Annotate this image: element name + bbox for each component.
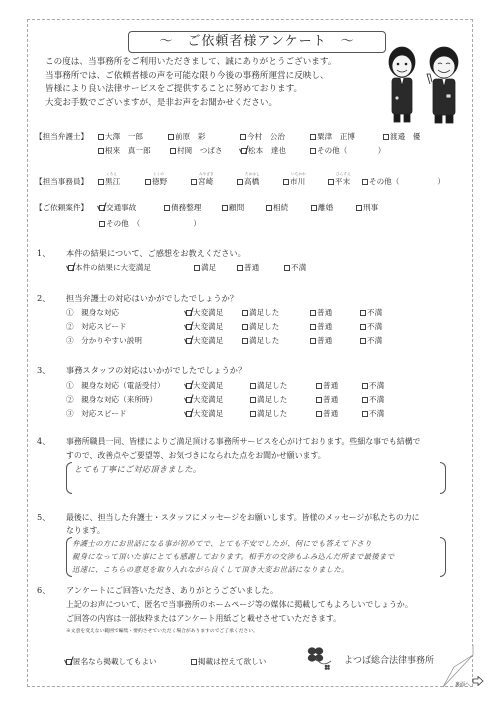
option-label: 普通 — [323, 409, 338, 418]
option-label: 今村 公治 — [247, 132, 285, 141]
checkbox[interactable] — [283, 179, 289, 185]
firm-name: よつば総合法律事務所 — [344, 653, 434, 666]
checkbox[interactable] — [168, 134, 174, 140]
staff-option[interactable]: いちかわ市川 — [283, 176, 305, 187]
checkbox[interactable] — [237, 265, 243, 271]
lawyer-option[interactable]: 村岡 つばさ — [170, 145, 223, 156]
option-label: 満足した — [257, 381, 287, 390]
option-label: 村岡 つばさ — [177, 146, 223, 155]
q6-note: ※文意を変えない範囲で編集・要約させていただく場合がありますのでご了承ください。 — [66, 627, 258, 634]
option-label: 高橋 — [244, 177, 259, 186]
option-label: 普通 — [317, 322, 332, 331]
option-label: 大変満足 — [193, 381, 223, 390]
option-label: 普通 — [317, 308, 332, 317]
answer-bracket-right — [440, 537, 446, 577]
staff-option[interactable]: とくの徳野 — [145, 176, 167, 187]
clover-icon — [304, 645, 336, 671]
q3-option[interactable]: 不満 — [362, 394, 384, 405]
option-label: 普通 — [323, 395, 338, 404]
q1-option[interactable]: 不満 — [284, 262, 306, 273]
q3-row-label: ③ 対応スピード — [66, 408, 126, 419]
checkbox[interactable] — [242, 324, 248, 330]
q3-option[interactable]: 大変満足 — [186, 408, 223, 419]
option-label: 満足した — [249, 322, 279, 331]
checkbox[interactable] — [362, 397, 368, 403]
q3-row-label: ② 親身な対応（来所時） — [66, 394, 157, 405]
q2-option[interactable]: 普通 — [310, 321, 332, 332]
q5-text-line1: 最後に、担当した弁護士・スタッフにメッセージをお願いします。皆様のメッセージが私… — [66, 512, 420, 523]
staff-option[interactable]: ひらすえ平末 — [328, 176, 350, 187]
checkbox[interactable] — [284, 265, 290, 271]
page-title: ～ ご依頼者様アンケート ～ — [128, 31, 386, 53]
staff-option[interactable]: その他（ ） — [362, 176, 445, 187]
answer-bracket-right — [440, 462, 446, 494]
q4-text-line1: 事務所職員一同、皆様によりご満足頂ける事務所サービスを心がけております。些細な事… — [66, 436, 420, 447]
checkbox-checked[interactable] — [186, 411, 192, 417]
q1-number: 1、 — [37, 248, 50, 259]
furigana: くろえ — [106, 172, 117, 177]
q4-text-line2: すので、改善点やご要望等、お気づきになられた点をお聞かせ願います。 — [66, 450, 326, 461]
option-label: 不満 — [367, 336, 382, 345]
checkbox[interactable] — [145, 179, 151, 185]
q2-option[interactable]: 大変満足 — [186, 335, 223, 346]
lawyer-option[interactable]: 渡邉 優 — [383, 131, 420, 142]
checkbox[interactable] — [360, 310, 366, 316]
option-label: 顧問 — [229, 203, 244, 212]
checkbox[interactable] — [328, 179, 334, 185]
checkbox[interactable] — [98, 148, 104, 154]
q2-option[interactable]: 満足した — [242, 321, 279, 332]
option-label: 満足 — [201, 263, 216, 272]
lawyer-option[interactable]: 今村 公治 — [240, 131, 285, 142]
intro-line: 皆様により良い法律サービスをご提供することに努めております。 — [45, 83, 336, 97]
q2-text: 担当弁護士の対応はいかがでしたでしょうか？ — [66, 293, 238, 304]
lawyer-option[interactable]: 大澤 一郎 — [98, 131, 143, 142]
lawyer-option[interactable]: 松本 達也 — [241, 145, 286, 156]
lawyer-option[interactable]: その他（ ） — [310, 145, 385, 156]
case-option[interactable]: 債務整理 — [164, 202, 201, 213]
checkbox[interactable] — [362, 179, 368, 185]
option-label: その他（ ） — [369, 177, 445, 186]
q2-option[interactable]: 普通 — [310, 307, 332, 318]
checkbox-checked[interactable] — [186, 383, 192, 389]
q2-option[interactable]: 不満 — [360, 335, 382, 346]
case-option[interactable]: 刑事 — [356, 202, 378, 213]
option-label: 前原 彩 — [175, 132, 205, 141]
furigana: ひらすえ — [336, 172, 351, 177]
option-label: 大変満足 — [193, 322, 223, 331]
q1-option[interactable]: 普通 — [237, 262, 259, 273]
q2-row-label: ① 親身な対応 — [66, 307, 119, 318]
case-option[interactable]: 離婚 — [311, 202, 333, 213]
q3-option[interactable]: 満足した — [250, 408, 287, 419]
lawyer-option[interactable]: 粟津 正博 — [310, 131, 355, 142]
option-label: 平末 — [335, 177, 350, 186]
q6-option[interactable]: 掲載は控えて欲しい — [191, 656, 266, 667]
q2-row-label: ③ 分かりやすい説明 — [66, 335, 142, 346]
checkbox[interactable] — [360, 338, 366, 344]
case-section-label: 【ご依頼案件】 — [35, 202, 88, 213]
option-label: 大変満足 — [193, 336, 223, 345]
q3-row-label: ① 親身な対応（電話受付） — [66, 380, 165, 391]
checkbox[interactable] — [242, 338, 248, 344]
q2-option[interactable]: 普通 — [310, 335, 332, 346]
option-label: 大変満足 — [193, 409, 223, 418]
q3-number: 3、 — [37, 365, 50, 376]
q6-option[interactable]: 匿名なら掲載してもよい — [66, 656, 157, 667]
checkbox[interactable] — [240, 134, 246, 140]
q1-option[interactable]: 満足 — [194, 262, 216, 273]
checkbox[interactable] — [222, 205, 228, 211]
option-label: 渡邉 優 — [390, 132, 420, 141]
q3-option[interactable]: 普通 — [316, 394, 338, 405]
q6-line1: アンケートにご回答いただき、ありがとうございました。 — [66, 585, 278, 596]
option-label: 普通 — [244, 263, 259, 272]
q4-number: 4、 — [37, 436, 50, 447]
q6-line2: 上記のお声について、匿名で当事務所のホームページ等の媒体に掲載してもよろしいでし… — [66, 599, 413, 610]
furigana: とくの — [153, 172, 164, 177]
q6-number: 6、 — [37, 585, 50, 596]
q3-text: 事務スタッフの対応はいかがでしたでしょうか？ — [66, 365, 246, 376]
checkbox[interactable] — [98, 134, 104, 140]
furigana: いちかわ — [291, 172, 306, 177]
option-label: 相続 — [273, 203, 288, 212]
arrow-right-icon[interactable] — [472, 676, 484, 686]
q2-option[interactable]: 満足した — [242, 335, 279, 346]
option-label: 大澤 一郎 — [105, 132, 143, 141]
checkbox[interactable] — [310, 310, 316, 316]
checkbox[interactable] — [316, 383, 322, 389]
option-label: 刑事 — [363, 203, 378, 212]
q2-option[interactable]: 満足した — [242, 307, 279, 318]
option-label: 松本 達也 — [248, 146, 286, 155]
case-option[interactable]: 交通事故 — [99, 202, 136, 213]
q1-option[interactable]: 本件の結果に大変満足 — [68, 262, 151, 273]
checkbox-checked[interactable] — [68, 265, 74, 271]
q2-option[interactable]: 不満 — [360, 321, 382, 332]
option-label: 粟津 正博 — [317, 132, 355, 141]
next-page-label[interactable]: 裏面へ — [455, 681, 470, 688]
checkbox[interactable] — [250, 411, 256, 417]
checkbox[interactable] — [383, 134, 389, 140]
q5-text-line2: なります。 — [66, 525, 105, 536]
q3-option[interactable]: 満足した — [250, 394, 287, 405]
checkbox[interactable] — [316, 397, 322, 403]
option-label: 満足した — [257, 409, 287, 418]
checkbox-checked[interactable] — [186, 310, 192, 316]
option-label: 満足した — [249, 336, 279, 345]
checkbox[interactable] — [164, 205, 170, 211]
q2-number: 2、 — [37, 293, 50, 304]
checkbox[interactable] — [250, 383, 256, 389]
lawyer-option[interactable]: 前原 彩 — [168, 131, 205, 142]
lawyer-option[interactable]: 根來 真一郎 — [98, 145, 151, 156]
checkbox[interactable] — [310, 134, 316, 140]
checkbox-checked[interactable] — [186, 324, 192, 330]
answer-line: 親身になって頂いた事にとても感謝しております。相手方の交渉もふみ込んだ所まで最後… — [72, 550, 394, 563]
q2-option[interactable]: 大変満足 — [186, 321, 223, 332]
staff-option[interactable]: くろえ黒江 — [98, 176, 120, 187]
checkbox[interactable] — [194, 265, 200, 271]
checkbox[interactable] — [310, 148, 316, 154]
q2-option[interactable]: 不満 — [360, 307, 382, 318]
option-label: 宮崎 — [198, 177, 213, 186]
checkbox[interactable] — [99, 221, 105, 227]
checkbox[interactable] — [98, 179, 104, 185]
checkbox-checked[interactable] — [186, 397, 192, 403]
option-label: 満足した — [249, 308, 279, 317]
checkbox[interactable] — [237, 179, 243, 185]
checkbox-checked[interactable] — [241, 148, 247, 154]
q2-row-label: ② 対応スピード — [66, 321, 126, 332]
option-label: 徳野 — [152, 177, 167, 186]
option-label: 交通事故 — [106, 203, 136, 212]
intro-line: 当事務所では、ご依頼者様の声を可能な限り今後の事務所運営に反映し、 — [45, 70, 336, 84]
answer-line: 迅速に、こちらの意見を取り入れながら良くして頂き大変お世話になりました。 — [72, 563, 394, 576]
option-label: 大変満足 — [193, 395, 223, 404]
option-label: 不満 — [367, 308, 382, 317]
q6-line3: ご回答の内容は一部抜粋またはアンケート用紙ごと載せさせていただきます。 — [66, 613, 341, 624]
q3-option[interactable]: 不満 — [362, 408, 384, 419]
option-label: 満足した — [257, 395, 287, 404]
q5-number: 5、 — [37, 512, 50, 523]
intro-line: この度は、当事務所をご利用いただきまして、誠にありがとうございます。 — [45, 56, 336, 70]
staff-section-label: 【担当事務員】 — [35, 176, 88, 187]
option-label: 普通 — [317, 336, 332, 345]
checkbox[interactable] — [191, 659, 197, 665]
checkbox[interactable] — [170, 148, 176, 154]
staff-option[interactable]: たかはし高橋 — [237, 176, 259, 187]
answer-bracket-left — [66, 462, 72, 494]
answer-line: 弁護士の方にお世話になる事が初めてで、とても不安でしたが、何にでも答えて下さり — [72, 537, 394, 550]
option-label: 市川 — [290, 177, 305, 186]
checkbox[interactable] — [266, 205, 272, 211]
option-label: 不満 — [369, 409, 384, 418]
case-option[interactable]: 顧問 — [222, 202, 244, 213]
checkbox[interactable] — [191, 179, 197, 185]
option-label: その他（ ） — [317, 146, 385, 155]
q3-option[interactable]: 普通 — [316, 408, 338, 419]
case-option[interactable]: その他 （ ） — [99, 218, 201, 229]
checkbox-checked[interactable] — [186, 338, 192, 344]
furigana: たかはし — [245, 172, 260, 177]
q3-option[interactable]: 普通 — [316, 380, 338, 391]
option-label: 不満 — [369, 395, 384, 404]
option-label: 普通 — [323, 381, 338, 390]
q3-option[interactable]: 大変満足 — [186, 380, 223, 391]
option-label: 根來 真一郎 — [105, 146, 151, 155]
q2-option[interactable]: 大変満足 — [186, 307, 223, 318]
checkbox[interactable] — [310, 338, 316, 344]
lawyer-mascots-illustration — [378, 40, 474, 126]
intro-text: この度は、当事務所をご利用いただきまして、誠にありがとうございます。 当事務所で… — [45, 56, 336, 110]
checkbox-checked[interactable] — [66, 659, 72, 665]
option-label: 掲載は控えて欲しい — [198, 657, 266, 666]
option-label: 本件の結果に大変満足 — [75, 263, 151, 272]
checkbox[interactable] — [311, 205, 317, 211]
q4-answer[interactable]: とても丁寧にご対応頂きました。 — [74, 464, 201, 475]
checkbox[interactable] — [362, 383, 368, 389]
checkbox[interactable] — [356, 205, 362, 211]
option-label: 離婚 — [318, 203, 333, 212]
option-label: 不満 — [369, 381, 384, 390]
q3-option[interactable]: 大変満足 — [186, 394, 223, 405]
q3-option[interactable]: 満足した — [250, 380, 287, 391]
q3-option[interactable]: 不満 — [362, 380, 384, 391]
q5-answer[interactable]: 弁護士の方にお世話になる事が初めてで、とても不安でしたが、何にでも答えて下さり … — [72, 537, 394, 576]
intro-line: 大変お手数でございますが、是非お声をお聞かせください。 — [45, 97, 336, 111]
checkbox[interactable] — [250, 397, 256, 403]
checkbox[interactable] — [316, 411, 322, 417]
checkbox[interactable] — [362, 411, 368, 417]
furigana: みやざき — [199, 172, 214, 177]
option-label: 黒江 — [105, 177, 120, 186]
checkbox[interactable] — [310, 324, 316, 330]
option-label: その他 （ ） — [106, 219, 201, 228]
option-label: 大変満足 — [193, 308, 223, 317]
checkbox[interactable] — [242, 310, 248, 316]
staff-option[interactable]: みやざき宮崎 — [191, 176, 213, 187]
option-label: 不満 — [291, 263, 306, 272]
lawyer-section-label: 【担当弁護士】 — [35, 131, 88, 142]
checkbox[interactable] — [360, 324, 366, 330]
option-label: 不満 — [367, 322, 382, 331]
option-label: 匿名なら掲載してもよい — [73, 657, 157, 666]
case-option[interactable]: 相続 — [266, 202, 288, 213]
checkbox-checked[interactable] — [99, 205, 105, 211]
option-label: 債務整理 — [171, 203, 201, 212]
q1-text: 本件の結果について、ご感想をお教えください。 — [66, 248, 246, 259]
